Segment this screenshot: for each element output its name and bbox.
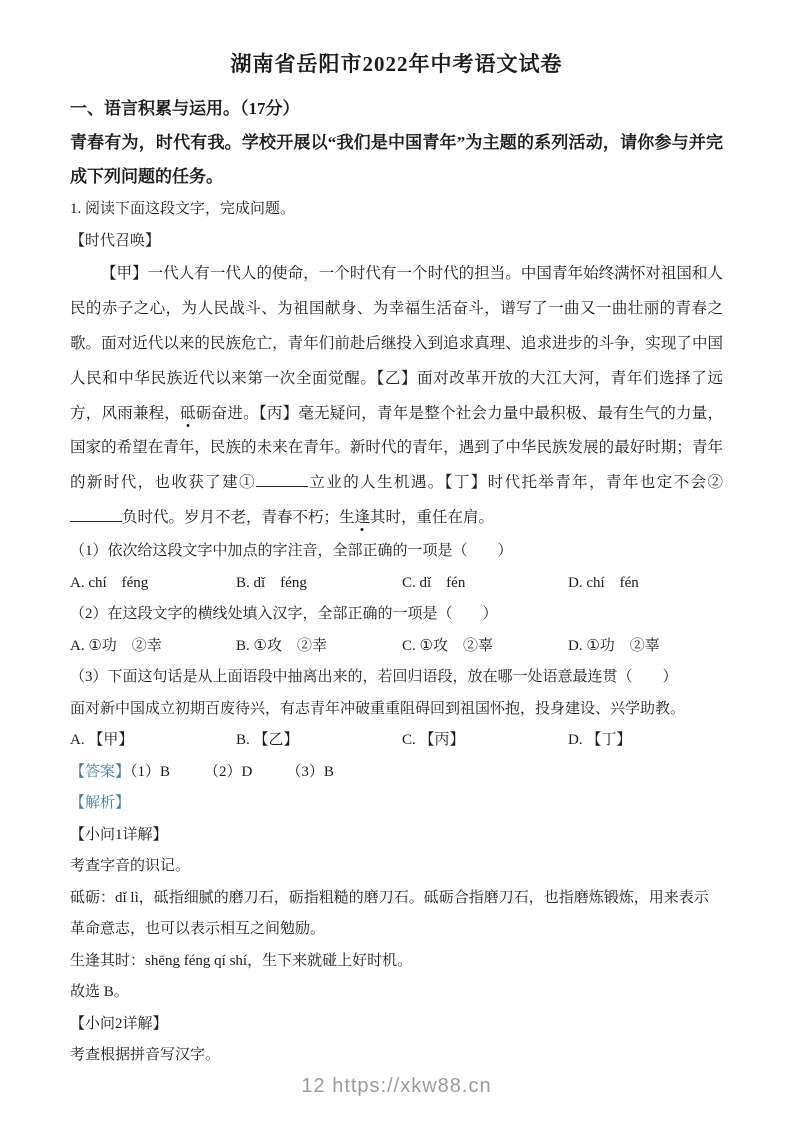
explanation-block-1: 【小问1详解】 考查字音的识记。 砥砺：dǐ lì，砥指细腻的磨刀石，砺指粗糙的… — [70, 820, 723, 1009]
fill-in-blank — [70, 507, 122, 522]
q1-option-d: D. chí fén — [568, 568, 639, 600]
fill-in-blank — [256, 472, 308, 487]
explanation-2-para-1: 考查根据拼音写汉字。 — [70, 1040, 723, 1072]
q3-context-sentence: 面对新中国成立初期百废待兴，有志青年冲破重重阻碍回到祖国怀抱，投身建设、兴学助教… — [70, 694, 723, 726]
exam-page: 湖南省岳阳市2022年中考语文试卷 一、语言积累与运用。（17分） 青春有为，时… — [0, 0, 793, 1072]
analysis-label: 【解析】 — [70, 788, 723, 820]
q2-stem: （2）在这段文字的横线处填入汉字，全部正确的一项是（ ） — [70, 599, 723, 631]
q3-option-c: C. 【丙】 — [402, 725, 568, 757]
dotted-character: 砥 — [180, 405, 196, 422]
passage-text: 【甲】一代人有一代人的使命，一个时代有一个时代的担当。中国青年始终满怀对祖国和人… — [70, 257, 723, 536]
intro-text: 青春有为，时代有我。学校开展以“我们是中国青年”为主题的系列活动，请你参与并完成… — [70, 126, 723, 194]
explanation-1-heading: 【小问1详解】 — [70, 820, 723, 852]
q2-option-b: B. ①攻 ②幸 — [236, 631, 402, 663]
explanation-1-para-2: 砥砺：dǐ lì，砥指细腻的磨刀石，砺指粗糙的磨刀石。砥砺合指磨刀石，也指磨炼锻… — [70, 883, 723, 946]
page-number-footer: 12 https://xkw88.cn — [0, 1075, 793, 1098]
q1-option-a: A. chí féng — [70, 568, 236, 600]
explanation-1-para-4: 故选 B。 — [70, 977, 723, 1009]
explanation-1-para-1: 考查字音的识记。 — [70, 851, 723, 883]
sub-question-2: （2）在这段文字的横线处填入汉字，全部正确的一项是（ ） A. ①功 ②幸 B.… — [70, 599, 723, 662]
q2-option-a: A. ①功 ②幸 — [70, 631, 236, 663]
answer-label: 【答案】 — [70, 764, 130, 780]
q2-option-c: C. ①攻 ②辜 — [402, 631, 568, 663]
q3-option-b: B. 【乙】 — [236, 725, 402, 757]
passage-tag: 【时代召唤】 — [70, 226, 723, 258]
q1-option-c: C. dǐ fén — [402, 568, 568, 600]
answer-line: 【答案】（1）B（2）D（3）B — [70, 757, 723, 789]
explanation-1-para-3: 生逢其时：shēng féng qí shí，生下来就碰上好时机。 — [70, 946, 723, 978]
explanation-2-heading: 【小问2详解】 — [70, 1009, 723, 1041]
sub-question-3: （3）下面这句话是从上面语段中抽离出来的，若回归语段，放在哪一处语意最连贯（ ）… — [70, 662, 723, 757]
explanation-block-2: 【小问2详解】 考查根据拼音写汉字。 — [70, 1009, 723, 1072]
q3-option-d: D. 【丁】 — [568, 725, 631, 757]
question-lead: 1. 阅读下面这段文字，完成问题。 — [70, 194, 723, 226]
q1-option-b: B. dǐ féng — [236, 568, 402, 600]
q2-options: A. ①功 ②幸 B. ①攻 ②幸 C. ①攻 ②辜 D. ①功 ②辜 — [70, 631, 723, 663]
q3-stem: （3）下面这句话是从上面语段中抽离出来的，若回归语段，放在哪一处语意最连贯（ ） — [70, 662, 723, 694]
page-title: 湖南省岳阳市2022年中考语文试卷 — [70, 48, 723, 78]
q3-options: A. 【甲】 B. 【乙】 C. 【丙】 D. 【丁】 — [70, 725, 723, 757]
q1-stem: （1）依次给这段文字中加点的字注音，全部正确的一项是（ ） — [70, 536, 723, 568]
q2-option-d: D. ①功 ②辜 — [568, 631, 660, 663]
q3-option-a: A. 【甲】 — [70, 725, 236, 757]
dotted-character: 逢 — [355, 509, 371, 526]
answer-part-1: （1）B — [130, 764, 170, 780]
q1-options: A. chí féng B. dǐ féng C. dǐ fén D. chí … — [70, 568, 723, 600]
answer-part-3: （3）B — [286, 764, 334, 780]
sub-question-1: （1）依次给这段文字中加点的字注音，全部正确的一项是（ ） A. chí fén… — [70, 536, 723, 599]
answer-part-2: （2）D — [204, 764, 252, 780]
section-heading: 一、语言积累与运用。（17分） — [70, 92, 723, 126]
